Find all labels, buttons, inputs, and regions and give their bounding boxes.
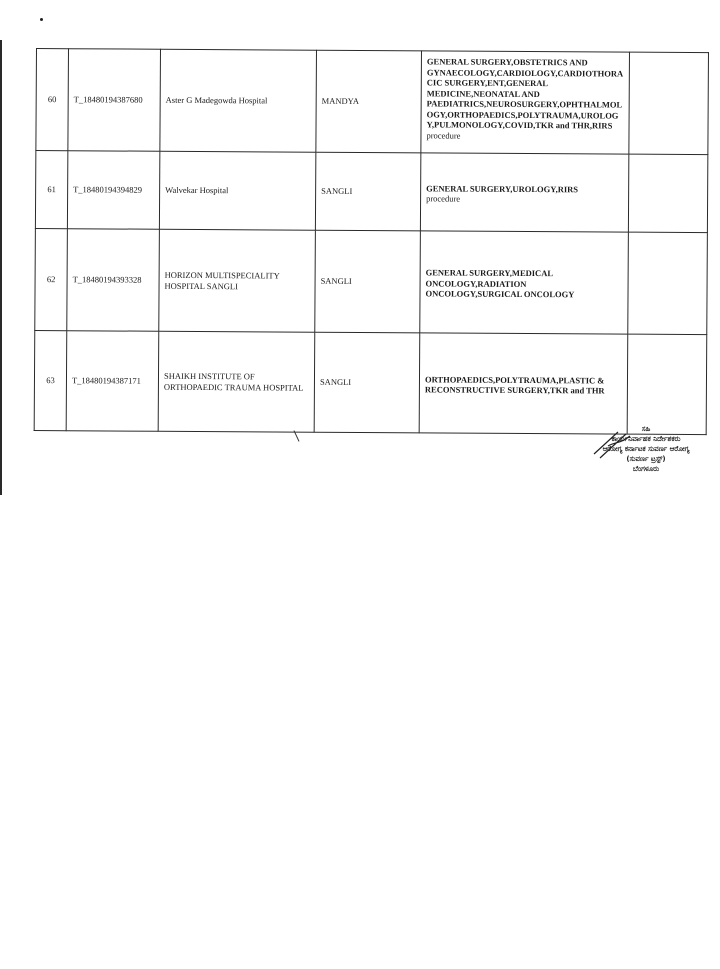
- hospital-name-cell: Walvekar Hospital: [159, 151, 315, 230]
- stamp-line: ಸಹಿ: [576, 424, 716, 434]
- sl-no-cell: 63: [34, 330, 67, 430]
- scan-edge-line: [0, 40, 2, 495]
- hospital-name-cell: HORIZON MULTISPECIALITY HOSPITAL SANGLI: [159, 229, 316, 332]
- hospital-id-cell: T_18480194393328: [67, 229, 160, 332]
- district-cell: SANGLI: [314, 332, 420, 433]
- specialities-suffix: procedure: [426, 130, 460, 140]
- remarks-cell: [627, 334, 707, 434]
- specialities-cell: ORTHOPAEDICS,POLYTRAUMA,PLASTIC & RECONS…: [419, 333, 628, 434]
- stamp-line: ಆರೋಗ್ಯ ಕರ್ನಾಟಕ ಸುವರ್ಣ ಆರೋಗ್ಯ: [576, 444, 716, 454]
- specialities-text: GENERAL SURGERY,OBSTETRICS AND GYNAECOLO…: [427, 56, 624, 130]
- hospital-list-table: 60 T_18480194387680 Aster G Madegowda Ho…: [34, 48, 709, 435]
- stamp-line: (ಸುವರ್ಣ ಟ್ರಸ್ಟ್): [576, 454, 716, 464]
- hospital-id-cell: T_18480194387680: [68, 49, 161, 152]
- hospital-name-cell: SHAIKH INSTITUTE OF ORTHOPAEDIC TRAUMA H…: [158, 331, 315, 432]
- scan-speck: [40, 18, 43, 21]
- specialities-cell: GENERAL SURGERY,OBSTETRICS AND GYNAECOLO…: [421, 51, 630, 154]
- table-row: 62 T_18480194393328 HORIZON MULTISPECIAL…: [35, 228, 708, 334]
- table-row: 63 T_18480194387171 SHAIKH INSTITUTE OF …: [34, 330, 707, 434]
- remarks-cell: [628, 154, 707, 232]
- remarks-cell: [628, 232, 708, 334]
- sl-no-cell: 60: [36, 49, 69, 151]
- remarks-cell: [629, 52, 709, 154]
- hospital-name-cell: Aster G Madegowda Hospital: [160, 49, 317, 152]
- stamp-line: ಬೆಂಗಳೂರು: [576, 464, 716, 474]
- specialities-cell: GENERAL SURGERY,UROLOGY,RIRSprocedure: [420, 153, 628, 232]
- sl-no-cell: 61: [35, 151, 67, 229]
- specialities-cell: GENERAL SURGERY,MEDICAL ONCOLOGY,RADIATI…: [420, 231, 629, 334]
- stamp-line: ಕಾರ್ಯನಿರ್ವಾಹಕ ನಿರ್ದೇಶಕರು: [576, 434, 716, 444]
- official-stamp: ಸಹಿ ಕಾರ್ಯನಿರ್ವಾಹಕ ನಿರ್ದೇಶಕರು ಆರೋಗ್ಯ ಕರ್ನ…: [576, 424, 716, 494]
- specialities-text: GENERAL SURGERY,UROLOGY,RIRS: [426, 183, 578, 194]
- specialities-suffix: procedure: [426, 193, 460, 203]
- district-cell: SANGLI: [315, 230, 421, 333]
- specialities-text: GENERAL SURGERY,MEDICAL ONCOLOGY,RADIATI…: [425, 268, 574, 300]
- hospital-id-cell: T_18480194387171: [66, 331, 159, 432]
- sl-no-cell: 62: [35, 228, 68, 330]
- hospital-id-cell: T_18480194394829: [67, 151, 159, 230]
- table-row: 60 T_18480194387680 Aster G Madegowda Ho…: [36, 49, 709, 155]
- district-cell: MANDYA: [316, 50, 422, 153]
- table-row: 61 T_18480194394829 Walvekar Hospital SA…: [35, 151, 707, 233]
- specialities-text: ORTHOPAEDICS,POLYTRAUMA,PLASTIC & RECONS…: [425, 374, 605, 396]
- district-cell: SANGLI: [315, 152, 420, 231]
